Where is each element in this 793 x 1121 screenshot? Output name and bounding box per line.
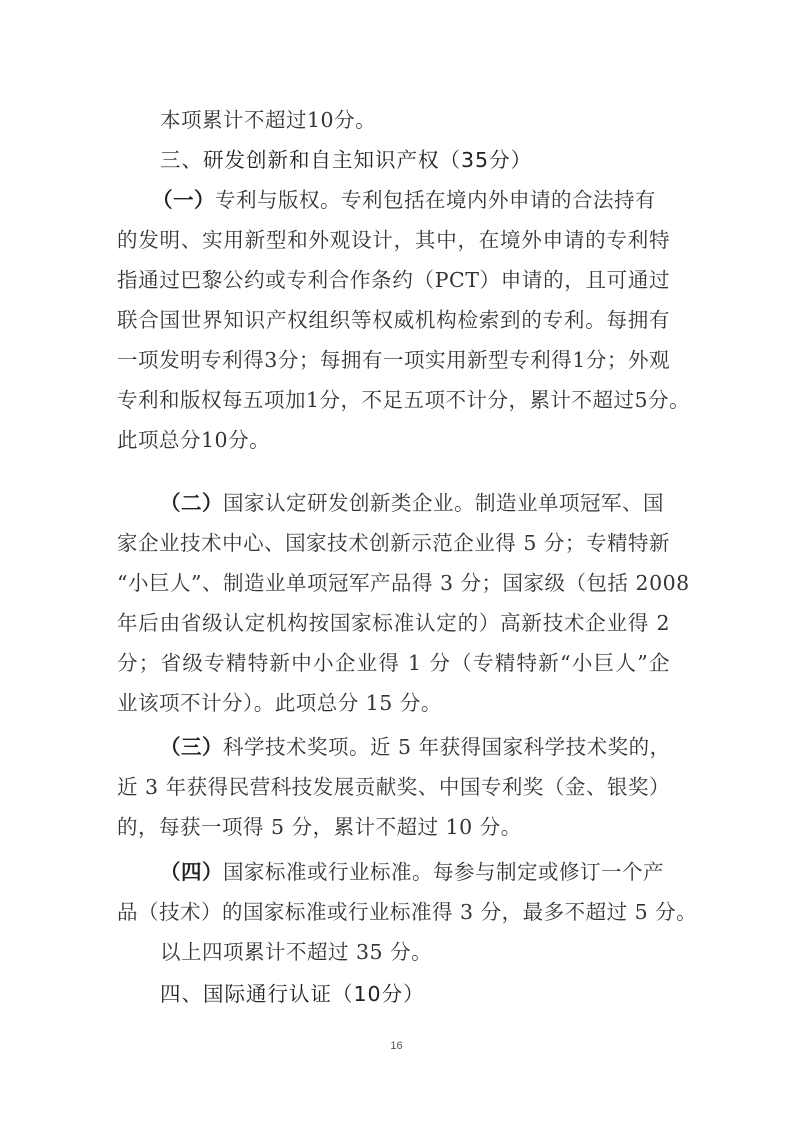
text-line: 的发明、实用新型和外观设计，其中，在境外申请的专利特 — [117, 220, 670, 260]
text-line: 指通过巴黎公约或专利合作条约（PCT）申请的，且可通过 — [117, 260, 670, 300]
text-line: 业该项不计分）。此项总分 15 分。 — [117, 683, 670, 723]
item-label-2: （二） — [160, 491, 223, 515]
text-line: 联合国世界知识产权组织等权威机构检索到的专利。每拥有 — [117, 300, 670, 340]
text-line: 家企业技术中心、国家技术创新示范企业得 5 分；专精特新 — [117, 523, 670, 563]
text-line: “小巨人”、制造业单项冠军产品得 3 分；国家级（包括 2008 — [117, 563, 670, 603]
text-line: 年后由省级认定机构按国家标准认定的）高新技术企业得 2 — [117, 603, 670, 643]
paragraph-text: 国家认定研发创新类企业。制造业单项冠军、国 — [223, 491, 664, 515]
text-line: 近 3 年获得民营科技发展贡献奖、中国专利奖（金、银奖） — [117, 767, 670, 807]
text-line: 分；省级专精特新中小企业得 1 分（专精特新“小巨人”企 — [117, 643, 670, 683]
text-line: 专利和版权每五项加1分，不足五项不计分，累计不超过5分。 — [117, 380, 670, 420]
paragraph-award-line-1: （三）科学技术奖项。近 5 年获得国家科学技术奖的， — [160, 727, 670, 767]
section-heading-4: 四、国际通行认证（10分） — [160, 974, 670, 1014]
paragraph-patent-line-1: （一）专利与版权。专利包括在境内外申请的合法持有 — [152, 180, 670, 220]
paragraph-text: 专利与版权。专利包括在境内外申请的合法持有 — [215, 188, 656, 212]
paragraph-standard-line-1: （四）国家标准或行业标准。每参与制定或修订一个产 — [160, 852, 670, 892]
paragraph-text: 国家标准或行业标准。每参与制定或修订一个产 — [223, 860, 664, 884]
item-label-3: （三） — [160, 735, 223, 759]
text-line: 本项累计不超过10分。 — [160, 100, 670, 140]
page-number: 16 — [0, 1040, 793, 1052]
document-page: 本项累计不超过10分。 三、研发创新和自主知识产权（35分） （一）专利与版权。… — [0, 0, 793, 1121]
item-label-1: （一） — [152, 188, 215, 212]
text-line: 以上四项累计不超过 35 分。 — [160, 932, 670, 972]
section-heading-3: 三、研发创新和自主知识产权（35分） — [160, 140, 670, 180]
text-line: 品（技术）的国家标准或行业标准得 3 分，最多不超过 5 分。 — [117, 892, 670, 932]
text-line: 此项总分10分。 — [117, 420, 670, 460]
text-line: 一项发明专利得3分；每拥有一项实用新型专利得1分；外观 — [117, 340, 670, 380]
paragraph-enterprise-line-1: （二）国家认定研发创新类企业。制造业单项冠军、国 — [160, 483, 670, 523]
item-label-4: （四） — [160, 860, 223, 884]
text-line: 的，每获一项得 5 分，累计不超过 10 分。 — [117, 807, 670, 847]
paragraph-text: 科学技术奖项。近 5 年获得国家科学技术奖的， — [223, 735, 671, 759]
